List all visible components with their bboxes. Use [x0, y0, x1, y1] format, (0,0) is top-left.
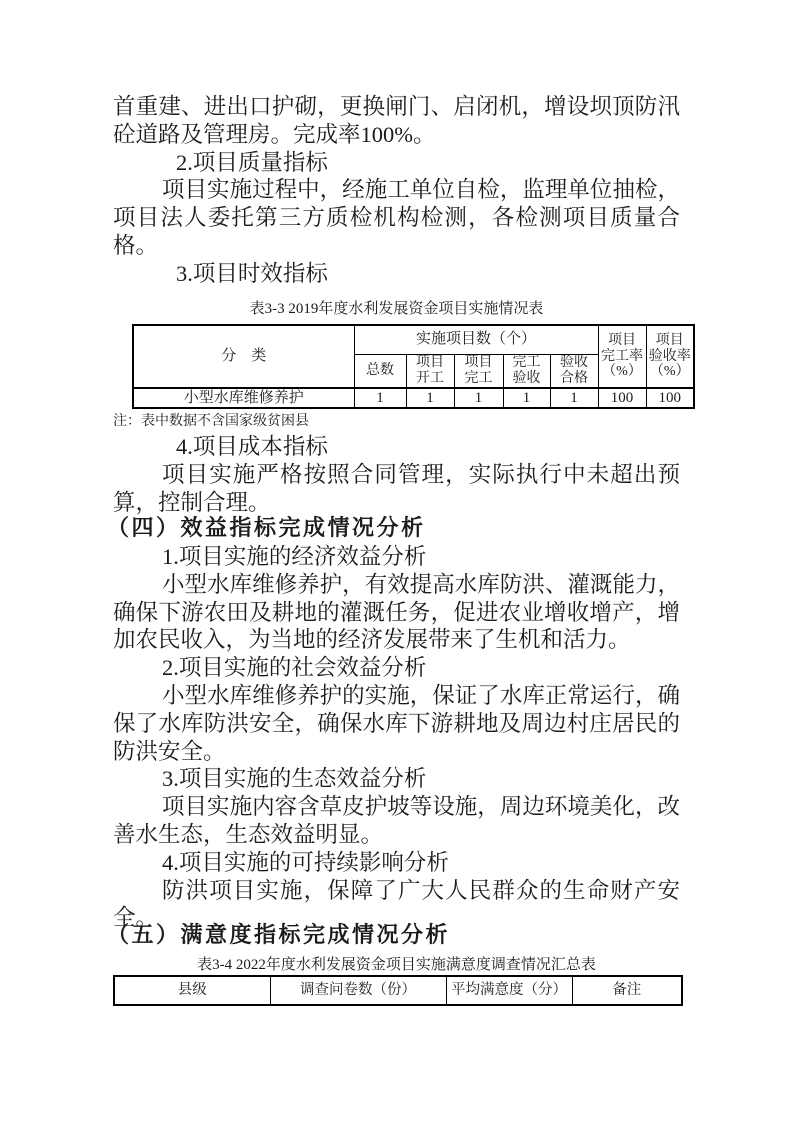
paragraph-line: 防洪安全。 — [113, 738, 680, 766]
paragraph-line: 善水生态，生态效益明显。 — [113, 821, 680, 849]
table-3-4: 县级 调查问卷数（份） 平均满意度（分） 备注 — [113, 975, 683, 1006]
paragraph-line: 项目实施严格按照合同管理，实际执行中未超出预 — [113, 461, 680, 489]
paragraph-line: 算，控制合理。 — [113, 489, 680, 517]
numbered-heading: 2.项目实施的社会效益分析 — [113, 654, 680, 682]
header-cell-category: 分 类 — [133, 325, 354, 388]
numbered-heading: 1.项目实施的经济效益分析 — [113, 543, 680, 571]
paragraph-line: 格。 — [113, 232, 680, 260]
header-cell-avg-satisfaction: 平均满意度（分） — [446, 976, 572, 1005]
section-heading-benefit: （四）效益指标完成情况分析 — [107, 514, 680, 542]
paragraph-block-benefit: 1.项目实施的经济效益分析 小型水库维修养护，有效提高水库防洪、灌溉能力， 确保… — [113, 543, 680, 932]
paragraph-line: 砼道路及管理房。完成率100%。 — [113, 121, 680, 149]
header-cell-total: 总数 — [354, 354, 406, 388]
paragraph-line: 项目法人委托第三方质检机构检测，各检测项目质量合 — [113, 204, 680, 232]
header-cell-county: 县级 — [114, 976, 270, 1005]
data-cell: 1 — [503, 388, 550, 408]
data-cell: 1 — [550, 388, 598, 408]
numbered-heading: 3.项目实施的生态效益分析 — [113, 765, 680, 793]
header-cell-qualified: 验收 合格 — [550, 354, 598, 388]
header-cell-completion-rate: 项目 完工率 （%） — [598, 325, 646, 388]
header-cell-group: 实施项目数（个） — [354, 325, 598, 354]
paragraph-line: 项目实施内容含草皮护坡等设施，周边环境美化，改 — [113, 793, 680, 821]
paragraph-line: 项目实施过程中，经施工单位自检，监理单位抽检， — [113, 176, 680, 204]
numbered-heading: 2.项目质量指标 — [113, 149, 680, 177]
data-cell: 1 — [406, 388, 454, 408]
paragraph-line: 小型水库维修养护，有效提高水库防洪、灌溉能力， — [113, 571, 680, 599]
data-cell: 100 — [646, 388, 694, 408]
paragraph-line: 保了水库防洪安全，确保水库下游耕地及周边村庄居民的 — [113, 710, 680, 738]
header-cell-completed: 项目 完工 — [454, 354, 503, 388]
paragraph-block-cost: 4.项目成本指标 项目实施严格按照合同管理，实际执行中未超出预 算，控制合理。 — [113, 433, 680, 516]
header-cell-started: 项目 开工 — [406, 354, 454, 388]
data-cell-category: 小型水库维修养护 — [133, 388, 354, 408]
paragraph-line: 确保下游农田及耕地的灌溉任务，促进农业增收增产，增 — [113, 599, 680, 627]
document-page: 首重建、进出口护砌，更换闸门、启闭机，增设坝顶防汛 砼道路及管理房。完成率100… — [0, 0, 793, 1122]
header-cell-accepted: 完工 验收 — [503, 354, 550, 388]
table-3-4-caption: 表3-4 2022年度水利发展资金项目实施满意度调查情况汇总表 — [113, 956, 680, 974]
data-cell: 100 — [598, 388, 646, 408]
table-3-3-caption: 表3-3 2019年度水利发展资金项目实施情况表 — [113, 300, 680, 318]
numbered-heading: 4.项目实施的可持续影响分析 — [113, 849, 680, 877]
paragraph-block-top: 首重建、进出口护砌，更换闸门、启闭机，增设坝顶防汛 砼道路及管理房。完成率100… — [113, 93, 680, 288]
data-cell: 1 — [454, 388, 503, 408]
numbered-heading: 3.项目时效指标 — [113, 260, 680, 288]
document-content: 首重建、进出口护砌，更换闸门、启闭机，增设坝顶防汛 砼道路及管理房。完成率100… — [113, 0, 680, 1122]
data-cell: 1 — [354, 388, 406, 408]
paragraph-line: 首重建、进出口护砌，更换闸门、启闭机，增设坝顶防汛 — [113, 93, 680, 121]
paragraph-line: 防洪项目实施，保障了广大人民群众的生命财产安 — [113, 877, 680, 905]
paragraph-line: 小型水库维修养护的实施，保证了水库正常运行，确 — [113, 682, 680, 710]
table-note: 注：表中数据不含国家级贫困县 — [113, 413, 309, 430]
header-cell-remarks: 备注 — [572, 976, 682, 1005]
header-cell-acceptance-rate: 项目 验收率 （%） — [646, 325, 694, 388]
section-heading-satisfaction: （五）满意度指标完成情况分析 — [107, 921, 680, 949]
header-cell-questionnaires: 调查问卷数（份） — [270, 976, 446, 1005]
paragraph-line: 加农民收入，为当地的经济发展带来了生机和活力。 — [113, 626, 680, 654]
numbered-heading: 4.项目成本指标 — [113, 433, 680, 461]
table-3-3: 分 类 实施项目数（个） 项目 完工率 （%） 项目 验收率 （%） 总数 项目… — [132, 324, 695, 409]
